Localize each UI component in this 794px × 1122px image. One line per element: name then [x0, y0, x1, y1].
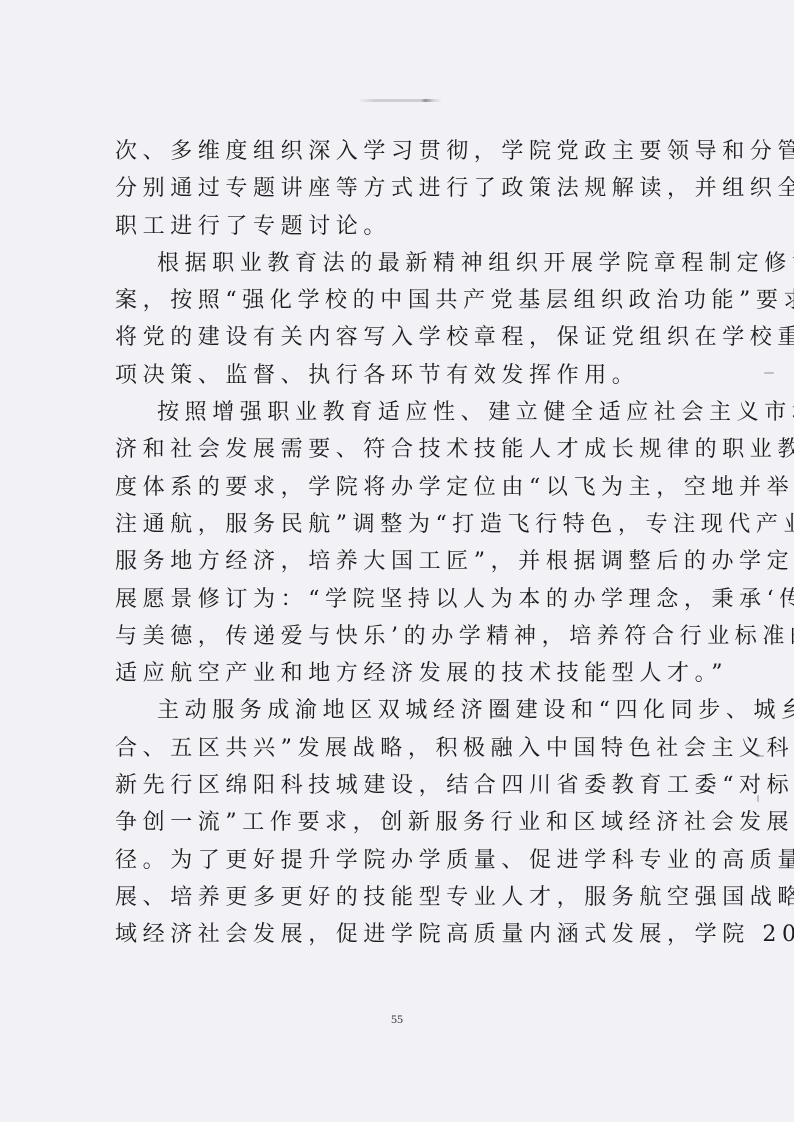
paragraph: 根据职业教育法的最新精神组织开展学院章程制定修订备 案，按照“强化学校的中国共产…	[115, 245, 705, 394]
page-number: 55	[0, 1012, 794, 1027]
scan-margin-mark	[764, 372, 774, 374]
text-line: 新先行区绵阳科技城建设，结合四川省委教育工委“对标竞进	[115, 767, 705, 804]
text-line: 度体系的要求，学院将办学定位由“以飞为主，空地并举，专	[115, 469, 705, 506]
text-line: 济和社会发展需要、符合技术技能人才成长规律的职业教育制	[115, 431, 705, 468]
header-rule-mark	[358, 99, 442, 102]
text-line: 域经济社会发展，促进学院高质量内涵式发展，学院 2022 年 9	[115, 916, 705, 953]
text-line: 主动服务成渝地区双城经济圈建设和“四化同步、城乡融	[115, 692, 705, 729]
text-line: 注通航，服务民航”调整为“打造飞行特色，专注现代产业，	[115, 506, 705, 543]
scan-margin-mark	[757, 795, 759, 802]
text-line: 展、培养更多更好的技能型专业人才，服务航空强国战略和区	[115, 879, 705, 916]
paragraph: 按照增强职业教育适应性、建立健全适应社会主义市场经 济和社会发展需要、符合技术技…	[115, 394, 705, 692]
text-line: 次、多维度组织深入学习贯彻，学院党政主要领导和分管领导	[115, 133, 705, 170]
paragraph: 次、多维度组织深入学习贯彻，学院党政主要领导和分管领导 分别通过专题讲座等方式进…	[115, 133, 705, 245]
text-line: 与美德，传递爱与快乐’的办学精神，培养符合行业标准的、	[115, 618, 705, 655]
text-line: 争创一流”工作要求，创新服务行业和区域经济社会发展新路	[115, 804, 705, 841]
text-line: 分别通过专题讲座等方式进行了政策法规解读，并组织全院教	[115, 170, 705, 207]
text-line: 展愿景修订为：“学院坚持以人为本的办学理念，秉承‘传承善	[115, 581, 705, 618]
text-line: 职工进行了专题讨论。	[115, 208, 705, 245]
text-line: 项决策、监督、执行各环节有效发挥作用。	[115, 357, 705, 394]
document-body: 次、多维度组织深入学习贯彻，学院党政主要领导和分管领导 分别通过专题讲座等方式进…	[115, 133, 705, 954]
text-line: 按照增强职业教育适应性、建立健全适应社会主义市场经	[115, 394, 705, 431]
text-line: 根据职业教育法的最新精神组织开展学院章程制定修订备	[115, 245, 705, 282]
text-line: 径。为了更好提升学院办学质量、促进学科专业的高质量发	[115, 842, 705, 879]
text-line: 案，按照“强化学校的中国共产党基层组织政治功能”要求，	[115, 282, 705, 319]
text-line: 合、五区共兴”发展战略，积极融入中国特色社会主义科技创	[115, 730, 705, 767]
text-line: 将党的建设有关内容写入学校章程，保证党组织在学校重大事	[115, 319, 705, 356]
paragraph: 主动服务成渝地区双城经济圈建设和“四化同步、城乡融 合、五区共兴”发展战略，积极…	[115, 692, 705, 953]
scan-margin-mark	[756, 755, 764, 757]
text-line: 适应航空产业和地方经济发展的技术技能型人才。”	[115, 655, 705, 692]
text-line: 服务地方经济，培养大国工匠”，并根据调整后的办学定位将发	[115, 543, 705, 580]
